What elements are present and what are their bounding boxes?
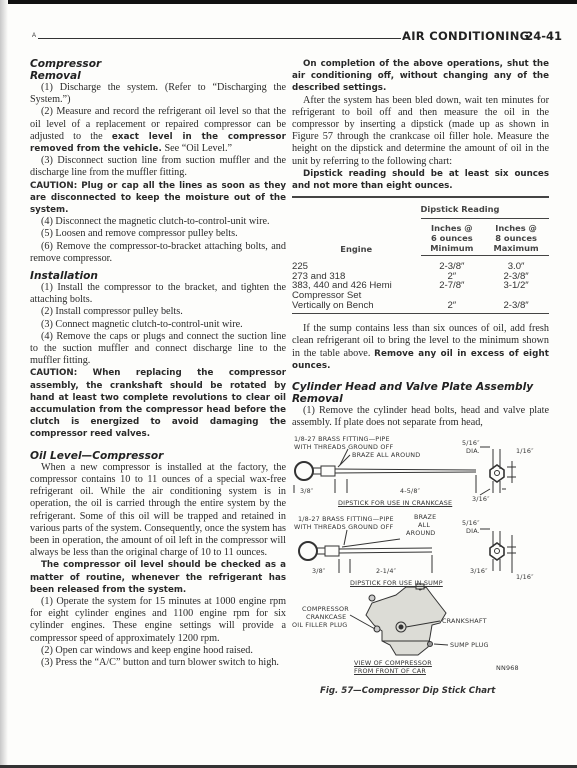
d1-dim-small: 1/16″ bbox=[516, 447, 534, 455]
chapter-title: AIR CONDITIONING bbox=[402, 29, 529, 43]
d2-dim-small: 1/16″ bbox=[516, 573, 534, 581]
heading-installation: Installation bbox=[30, 270, 286, 282]
install-step-1: (1) Install the compressor to the bracke… bbox=[30, 282, 286, 306]
bleed-paragraph: After the system has been bled down, wai… bbox=[292, 95, 549, 168]
view-label-2: FROM FRONT OF CAR bbox=[354, 667, 426, 675]
d1-dia-label-2: DIA. bbox=[466, 447, 480, 455]
install-step-4: (4) Remove the caps or plugs and connect… bbox=[30, 331, 286, 368]
d1-dia-label-1: 5/16″ bbox=[462, 439, 480, 447]
oil-step-1: (1) Operate the system for 15 minutes at… bbox=[30, 596, 286, 645]
install-step-2: (2) Install compressor pulley belts. bbox=[30, 306, 286, 318]
removal-step-5: (5) Loosen and remove compressor pulley … bbox=[30, 228, 286, 240]
col-min-line3: Minimum bbox=[421, 243, 484, 253]
filler-label-3: OIL FILLER PLUG bbox=[292, 621, 347, 629]
col-max-line1: Inches @ bbox=[483, 223, 549, 233]
d2-title: DIPSTICK FOR USE IN SUMP bbox=[350, 579, 443, 587]
col-header-min: Inches @ 6 ounces Minimum bbox=[421, 219, 484, 256]
cell-min: 2-3/8″ bbox=[421, 256, 484, 272]
d2-braze-2: ALL bbox=[418, 521, 430, 529]
cell-max: 3-1/2″ bbox=[483, 281, 549, 291]
page-marker: A bbox=[32, 33, 36, 39]
oil-level-note: The compressor oil level should be check… bbox=[30, 559, 286, 596]
page-number: 24-41 bbox=[525, 29, 562, 43]
view-label-1: VIEW OF COMPRESSOR bbox=[354, 659, 432, 667]
sump-paragraph: If the sump contains less than six ounce… bbox=[292, 323, 549, 372]
removal-step-3: (3) Disconnect suction line from suction… bbox=[30, 155, 286, 179]
removal-step-1: (1) Discharge the system. (Refer to “Dis… bbox=[30, 82, 286, 106]
page-header: A AIR CONDITIONING 24-41 bbox=[30, 28, 562, 44]
cell-engine: 225 bbox=[292, 256, 421, 272]
d1-dim-316: 3/16″ bbox=[472, 495, 490, 503]
reading-note: Dipstick reading should be at least six … bbox=[292, 168, 549, 192]
table-row: Vertically on Bench 2″ 2-3/8″ bbox=[292, 301, 549, 314]
oil-level-intro: When a new compressor is installed at th… bbox=[30, 462, 286, 560]
removal-step-6: (6) Remove the compressor-to-bracket att… bbox=[30, 241, 286, 265]
right-column: On completion of the above operations, s… bbox=[292, 58, 549, 725]
scan-top-edge bbox=[0, 0, 577, 4]
scan-left-shadow bbox=[0, 0, 8, 768]
oil-step-2: (2) Open car windows and keep engine hoo… bbox=[30, 645, 286, 657]
install-step-3: (3) Connect magnetic clutch-to-control-u… bbox=[30, 319, 286, 331]
table-row: 225 2-3/8″ 3.0″ bbox=[292, 256, 549, 272]
col-group-dipstick-reading: Dipstick Reading bbox=[421, 201, 550, 219]
cell-max: 3.0″ bbox=[483, 256, 549, 272]
removal-step-2: (2) Measure and record the refrigerant o… bbox=[30, 106, 286, 155]
heading-removal: Removal bbox=[30, 70, 286, 82]
oil-step-3: (3) Press the “A/C” button and turn blow… bbox=[30, 657, 286, 669]
section-title-compressor: Compressor bbox=[30, 58, 286, 70]
install-caution: CAUTION: When replacing the compressor a… bbox=[30, 367, 286, 440]
heading-cylinder-removal: Removal bbox=[292, 393, 549, 405]
header-rule bbox=[38, 38, 401, 39]
cell-min: 2″ bbox=[421, 301, 484, 314]
heading-oil-level: Oil Level—Compressor bbox=[30, 450, 286, 462]
d1-dim-length: 4-5/8″ bbox=[400, 487, 420, 495]
heading-cylinder-head: Cylinder Head and Valve Plate Assembly bbox=[292, 381, 549, 393]
d2-braze-1: BRAZE bbox=[414, 513, 436, 521]
crankshaft-label: CRANKSHAFT bbox=[442, 617, 487, 625]
figure-code: NN968 bbox=[496, 664, 519, 672]
removal-step-2-tail: See “Oil Level.” bbox=[162, 143, 232, 154]
cell-max: 2-3/8″ bbox=[483, 301, 549, 314]
col-max-line3: Maximum bbox=[483, 243, 549, 253]
removal-step-4: (4) Disconnect the magnetic clutch-to-co… bbox=[30, 216, 286, 228]
cell-min: 2-7/8″ bbox=[421, 281, 484, 291]
cell-engine: Vertically on Bench bbox=[292, 301, 421, 314]
col-max-line2: 8 ounces bbox=[483, 233, 549, 243]
filler-label-2: CRANKCASE bbox=[306, 613, 346, 621]
col-header-engine: Engine bbox=[292, 201, 421, 256]
sump-plug-label: SUMP PLUG bbox=[450, 641, 489, 649]
left-column: Compressor Removal (1) Discharge the sys… bbox=[30, 58, 286, 669]
cylinder-step-1: (1) Remove the cylinder head bolts, head… bbox=[292, 405, 549, 429]
d2-dia-label-2: DIA. bbox=[466, 527, 480, 535]
dipstick-table: Engine Dipstick Reading Inches @ 6 ounce… bbox=[292, 196, 549, 314]
filler-label-1: COMPRESSOR bbox=[302, 605, 349, 613]
d2-dim-316: 3/16″ bbox=[470, 567, 488, 575]
d2-fitting-label-2: WITH THREADS GROUND OFF bbox=[294, 523, 393, 531]
col-min-line2: 6 ounces bbox=[421, 233, 484, 243]
col-min-line1: Inches @ bbox=[421, 223, 484, 233]
d1-title: DIPSTICK FOR USE IN CRANKCASE bbox=[338, 499, 452, 507]
figure-57: 1/8-27 BRASS FITTING—PIPE WITH THREADS G… bbox=[290, 435, 552, 725]
d1-fitting-label-1: 1/8-27 BRASS FITTING—PIPE bbox=[294, 435, 390, 443]
d1-braze-label: BRAZE ALL AROUND bbox=[352, 451, 420, 459]
completion-note: On completion of the above operations, s… bbox=[292, 58, 549, 95]
d2-braze-3: AROUND bbox=[406, 529, 435, 537]
d1-dim-ring: 3/8″ bbox=[300, 487, 313, 495]
d2-dim-length: 2-1/4″ bbox=[376, 567, 396, 575]
col-header-max: Inches @ 8 ounces Maximum bbox=[483, 219, 549, 256]
d2-dia-label-1: 5/16″ bbox=[462, 519, 480, 527]
removal-caution: CAUTION: Plug or cap all the lines as so… bbox=[30, 180, 286, 217]
d2-fitting-label-1: 1/8-27 BRASS FITTING—PIPE bbox=[298, 515, 394, 523]
figure-caption: Fig. 57—Compressor Dip Stick Chart bbox=[320, 685, 495, 697]
d1-fitting-label-2: WITH THREADS GROUND OFF bbox=[294, 443, 393, 451]
d2-dim-ring: 3/8″ bbox=[312, 567, 325, 575]
